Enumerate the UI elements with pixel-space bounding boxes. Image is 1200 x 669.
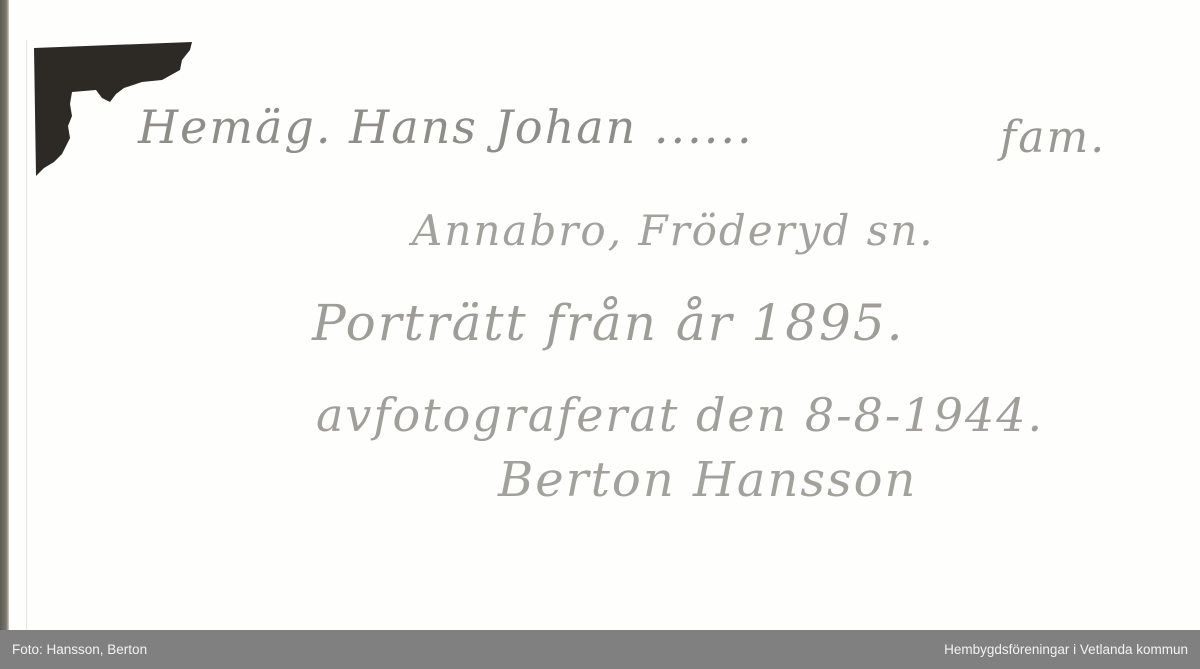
organization-name: Hembygdsföreningar i Vetlanda kommun (944, 642, 1188, 657)
handwriting-line-1-end: fam. (1000, 112, 1106, 163)
photo-left-edge (0, 0, 9, 630)
handwriting-line-2: Annabro, Fröderyd sn. (412, 206, 935, 255)
photo-back: Hemäg. Hans Johan ...... fam. Annabro, F… (0, 0, 1200, 630)
photo-border-line (26, 40, 27, 630)
handwriting-line-1: Hemäg. Hans Johan ...... (138, 100, 754, 154)
handwriting-line-4: avfotograferat den 8-8-1944. (316, 388, 1044, 442)
handwriting-line-3: Porträtt från år 1895. (312, 294, 905, 352)
caption-bar: Foto: Hansson, Berton Hembygdsföreningar… (0, 630, 1200, 669)
handwriting-signature: Berton Hansson (498, 452, 917, 508)
photo-credit: Foto: Hansson, Berton (12, 642, 147, 657)
